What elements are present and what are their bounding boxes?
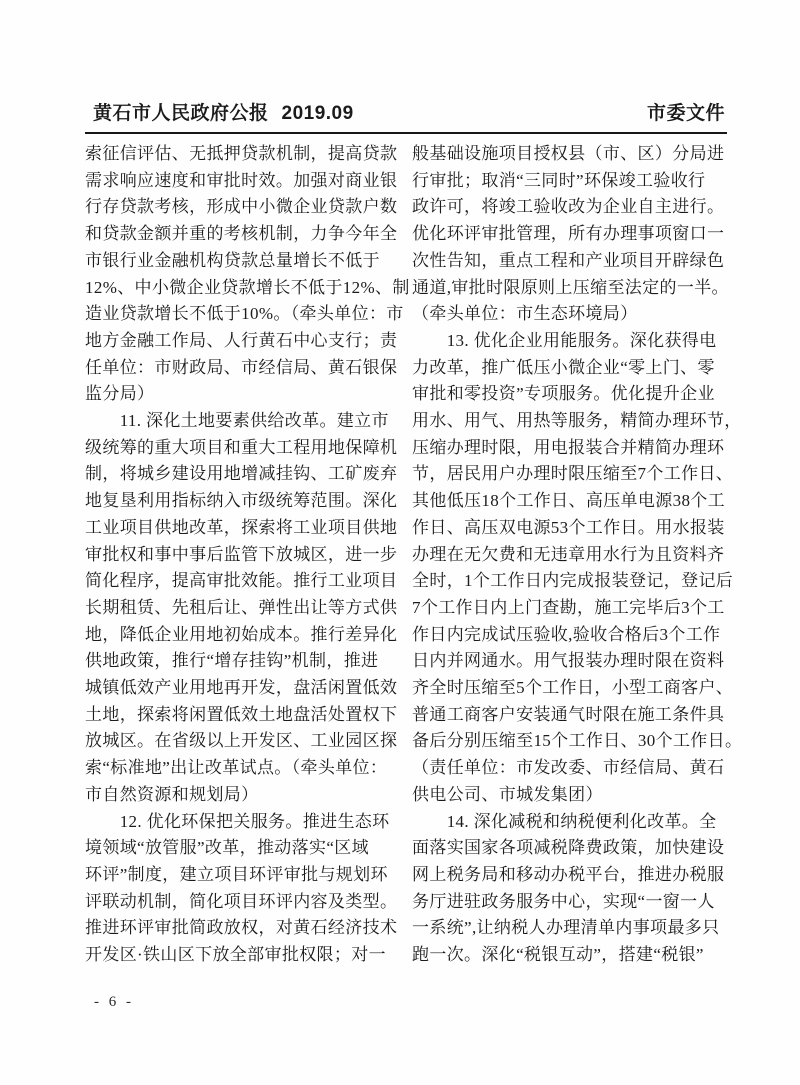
text-line: （牵头单位：市生态环境局）	[412, 301, 729, 328]
text-line: 13. 优化企业用能服务。深化获得电	[412, 328, 729, 355]
text-line: 工业项目供地改革，探索将工业项目供地	[85, 515, 402, 542]
text-line: 面落实国家各项减税降费政策，加快建设	[412, 835, 729, 862]
right-column: 般基础设施项目授权县（市、区）分局进行审批；取消“三同时”环保竣工验收行政许可，…	[412, 141, 729, 969]
text-line: （责任单位：市发改委、市经信局、黄石	[412, 755, 729, 782]
text-line: 市银行业金融机构贷款总量增长不低于	[85, 248, 402, 275]
text-line: 长期租赁、先租后让、弹性出让等方式供	[85, 595, 402, 622]
text-line: 用水、用气、用热等服务，精简办理环节，	[412, 408, 729, 435]
text-line: 开发区·铁山区下放全部审批权限；对一	[85, 942, 402, 969]
text-line: 14. 深化减税和纳税便利化改革。全	[412, 809, 729, 836]
text-line: 市自然资源和规划局）	[85, 782, 402, 809]
text-line: 放城区。在省级以上开发区、工业园区探	[85, 728, 402, 755]
text-line: 般基础设施项目授权县（市、区）分局进	[412, 141, 729, 168]
section-label: 市委文件	[647, 98, 725, 125]
text-line: 全时，1个工作日内完成报装登记，登记后	[412, 568, 729, 595]
text-line: 简化程序，提高审批效能。推行工业项目	[85, 568, 402, 595]
text-line: 作日、高压双电源53个工作日。用水报装	[412, 515, 729, 542]
text-line: 供电公司、市城发集团）	[412, 782, 729, 809]
text-line: 通道,审批时限原则上压缩至法定的一半。	[412, 275, 729, 302]
issue-date: 2019.09	[282, 103, 354, 125]
text-line: 土地，探索将闲置低效土地盘活处置权下	[85, 702, 402, 729]
text-line: 推进环评审批简政放权，对黄石经济技术	[85, 915, 402, 942]
page-header: 黄石市人民政府公报 2019.09 市委文件	[85, 98, 727, 134]
text-line: 评联动机制，简化项目环评内容及类型。	[85, 889, 402, 916]
text-line: 网上税务局和移动办税平台，推进办税服	[412, 862, 729, 889]
text-line: 和贷款金额并重的考核机制，力争今年全	[85, 221, 402, 248]
gazette-page: 黄石市人民政府公报 2019.09 市委文件 索征信评估、无抵押贷款机制，提高贷…	[0, 0, 800, 1085]
text-line: 12%、中小微企业贷款增长不低于12%、制	[85, 275, 402, 302]
text-line: 环评”制度，建立项目环评审批与规划环	[85, 862, 402, 889]
text-line: 普通工商客户安装通气时限在施工条件具	[412, 702, 729, 729]
text-line: 12. 优化环保把关服务。推进生态环	[85, 809, 402, 836]
text-line: 日内并网通水。用气报装办理时限在资料	[412, 648, 729, 675]
text-line: 一系统”,让纳税人办理清单内事项最多只	[412, 915, 729, 942]
text-line: 行审批；取消“三同时”环保竣工验收行	[412, 168, 729, 195]
gazette-title: 黄石市人民政府公报	[93, 98, 269, 125]
text-line: 供地政策，推行“增存挂钩”机制，推进	[85, 648, 402, 675]
text-line: 备后分别压缩至15个工作日、30个工作日。	[412, 728, 729, 755]
text-line: 齐全时压缩至5个工作日，小型工商客户、	[412, 675, 729, 702]
text-line: 节，居民用户办理时限压缩至7个工作日、	[412, 461, 729, 488]
text-line: 其他低压18个工作日、高压单电源38个工	[412, 488, 729, 515]
page-number: - 6 -	[94, 994, 134, 1011]
text-line: 办理在无欠费和无违章用水行为且资料齐	[412, 542, 729, 569]
text-line: 审批和零投资”专项服务。优化提升企业	[412, 381, 729, 408]
text-line: 任单位：市财政局、市经信局、黄石银保	[85, 355, 402, 382]
text-line: 制，将城乡建设用地增减挂钩、工矿废弃	[85, 461, 402, 488]
text-line: 监分局）	[85, 381, 402, 408]
text-line: 作日内完成试压验收,验收合格后3个工作	[412, 622, 729, 649]
text-line: 境领域“放管服”改革，推动落实“区域	[85, 835, 402, 862]
left-column: 索征信评估、无抵押贷款机制，提高贷款需求响应速度和审批时效。加强对商业银行存贷款…	[85, 141, 402, 969]
text-line: 审批权和事中事后监管下放城区，进一步	[85, 542, 402, 569]
text-line: 地复垦利用指标纳入市级统筹范围。深化	[85, 488, 402, 515]
text-line: 政许可，将竣工验收改为企业自主进行。	[412, 194, 729, 221]
header-left-group: 黄石市人民政府公报 2019.09	[93, 98, 354, 125]
text-line: 造业贷款增长不低于10%。（牵头单位：市	[85, 301, 402, 328]
text-line: 索征信评估、无抵押贷款机制，提高贷款	[85, 141, 402, 168]
text-line: 11. 深化土地要素供给改革。建立市	[85, 408, 402, 435]
text-line: 城镇低效产业用地再开发，盘活闲置低效	[85, 675, 402, 702]
text-line: 索“标准地”出让改革试点。（牵头单位：	[85, 755, 402, 782]
text-line: 7个工作日内上门查勘，施工完毕后3个工	[412, 595, 729, 622]
text-line: 次性告知，重点工程和产业项目开辟绿色	[412, 248, 729, 275]
text-line: 压缩办理时限，用电报装合并精简办理环	[412, 435, 729, 462]
text-line: 地方金融工作局、人行黄石中心支行；责	[85, 328, 402, 355]
text-line: 需求响应速度和审批时效。加强对商业银	[85, 168, 402, 195]
text-line: 跑一次。深化“税银互动”，搭建“税银”	[412, 942, 729, 969]
body-columns: 索征信评估、无抵押贷款机制，提高贷款需求响应速度和审批时效。加强对商业银行存贷款…	[85, 141, 729, 969]
text-line: 级统筹的重大项目和重大工程用地保障机	[85, 435, 402, 462]
text-line: 务厅进驻政务服务中心，实现“一窗一人	[412, 889, 729, 916]
text-line: 优化环评审批管理，所有办理事项窗口一	[412, 221, 729, 248]
text-line: 地，降低企业用地初始成本。推行差异化	[85, 622, 402, 649]
text-line: 行存贷款考核，形成中小微企业贷款户数	[85, 194, 402, 221]
text-line: 力改革，推广低压小微企业“零上门、零	[412, 355, 729, 382]
